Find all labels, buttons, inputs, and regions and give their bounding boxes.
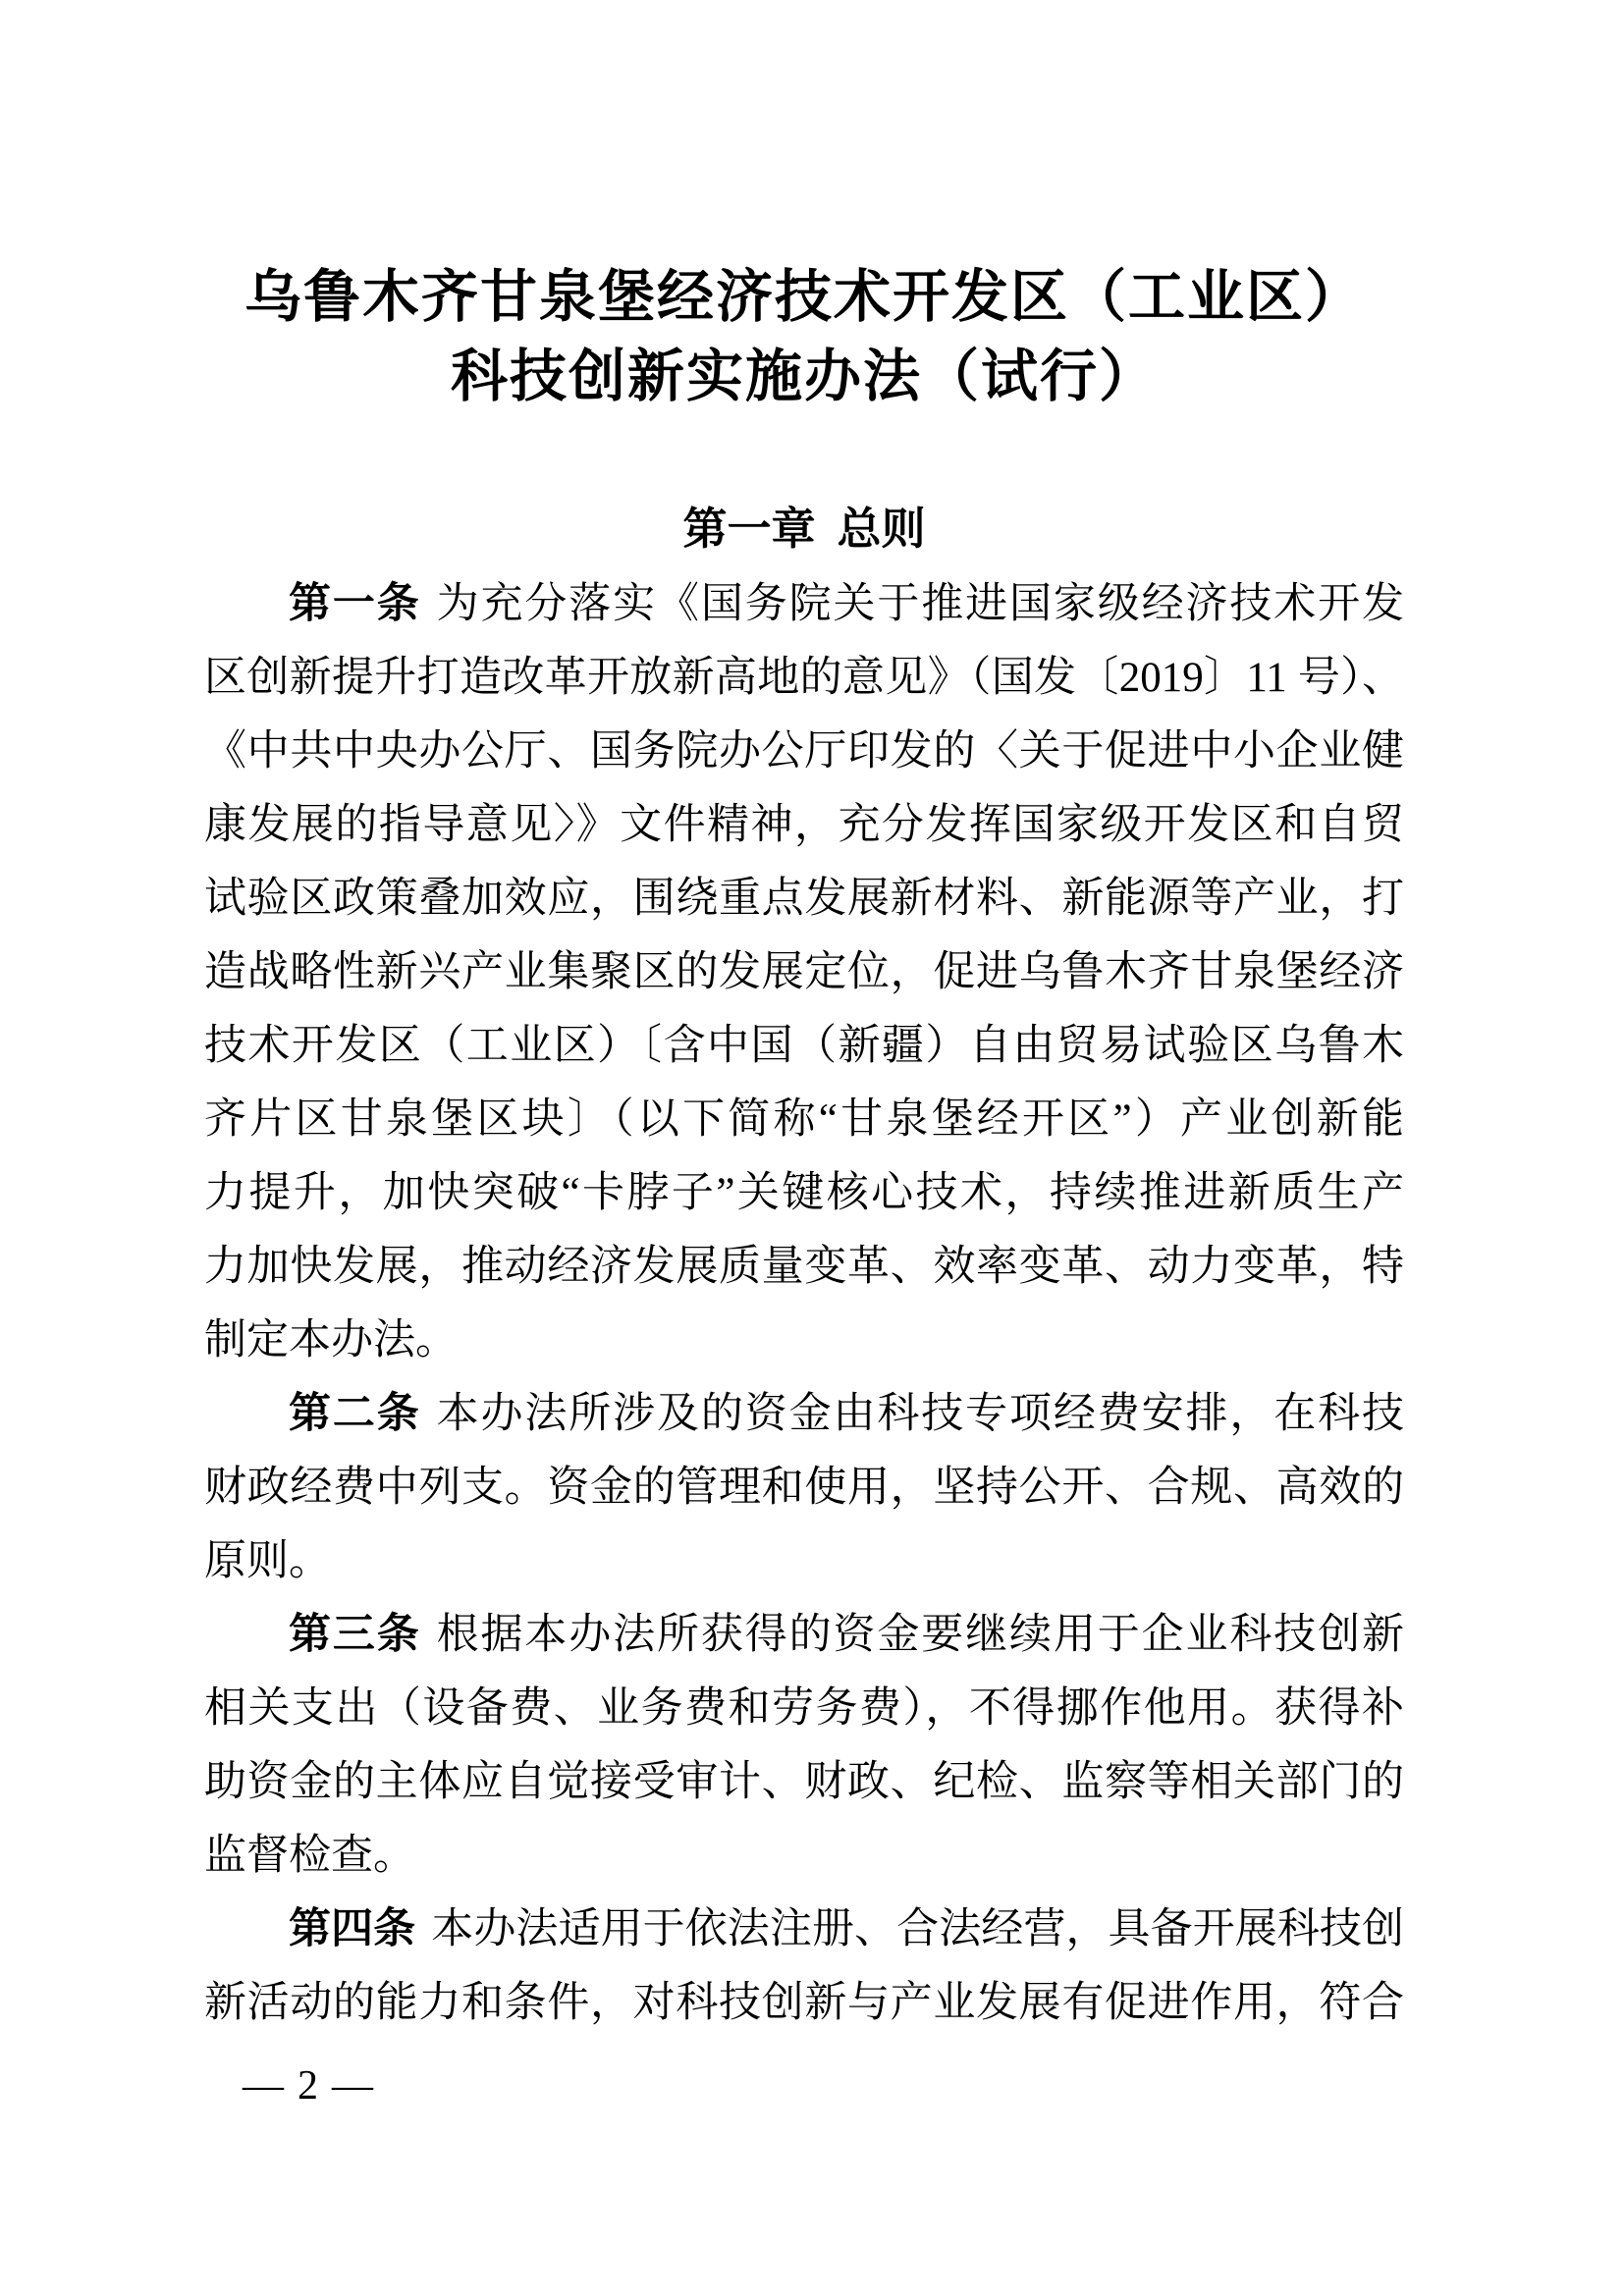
document-body: 第一条为充分落实《国务院关于推进国家级经济技术开发区创新提升打造改革开放新高地的… — [204, 567, 1404, 2040]
body-line-text: 助资金的主体应自觉接受审计、财政、纪检、监察等相关部门的 — [204, 1759, 1404, 1805]
article-paragraph: 第二条本办法所涉及的资金由科技专项经费安排，在科技财政经费中列支。资金的管理和使… — [204, 1377, 1404, 1598]
article-number-label: 第三条 — [289, 1611, 421, 1658]
footer-left-dash: — — [243, 2063, 284, 2109]
body-line: 制定本办法。 — [204, 1304, 1404, 1377]
body-line: 试验区政策叠加效应，围绕重点发展新材料、新能源等产业，打 — [204, 862, 1404, 935]
article-paragraph: 第三条根据本办法所获得的资金要继续用于企业科技创新相关支出（设备费、业务费和劳务… — [204, 1598, 1404, 1893]
body-line: 齐片区甘泉堡区块〕（以下简称“甘泉堡经开区”）产业创新能 — [204, 1083, 1404, 1156]
document-page: 乌鲁木齐甘泉堡经济技术开发区（工业区） 科技创新实施办法（试行） 第一章总则 第… — [0, 0, 1624, 2296]
body-line-text: 康发展的指导意见〉》文件精神，充分发挥国家级开发区和自贸 — [204, 802, 1404, 848]
body-line: 新活动的能力和条件，对科技创新与产业发展有促进作用，符合 — [204, 1966, 1404, 2040]
body-line: 造战略性新兴产业集聚区的发展定位，促进乌鲁木齐甘泉堡经济 — [204, 935, 1404, 1009]
body-line-text: 技术开发区（工业区）〔含中国（新疆）自由贸易试验区乌鲁木 — [204, 1023, 1404, 1069]
body-line-text: 监督检查。 — [204, 1833, 415, 1879]
article-paragraph: 第一条为充分落实《国务院关于推进国家级经济技术开发区创新提升打造改革开放新高地的… — [204, 567, 1404, 1377]
body-line: 助资金的主体应自觉接受审计、财政、纪检、监察等相关部门的 — [204, 1745, 1404, 1819]
article-number-label: 第二条 — [289, 1390, 421, 1437]
body-line: 《中共中央办公厅、国务院办公厅印发的〈关于促进中小企业健 — [204, 715, 1404, 788]
body-line-text: 力提升，加快突破“卡脖子”关键核心技术，持续推进新质生产 — [204, 1170, 1404, 1216]
body-line-text: 齐片区甘泉堡区块〕（以下简称“甘泉堡经开区”）产业创新能 — [204, 1096, 1404, 1143]
article-number-label: 第一条 — [289, 580, 421, 627]
chapter-heading: 第一章总则 — [204, 501, 1404, 558]
body-line: 监督检查。 — [204, 1819, 1404, 1893]
chapter-number: 第一章 — [682, 504, 815, 554]
body-line-text: 相关支出（设备费、业务费和劳务费），不得挪作他用。获得补 — [204, 1685, 1404, 1732]
body-line-text: 根据本办法所获得的资金要继续用于企业科技创新 — [437, 1612, 1404, 1658]
body-line: 技术开发区（工业区）〔含中国（新疆）自由贸易试验区乌鲁木 — [204, 1009, 1404, 1083]
body-line: 第三条根据本办法所获得的资金要继续用于企业科技创新 — [204, 1598, 1404, 1672]
body-line: 康发展的指导意见〉》文件精神，充分发挥国家级开发区和自贸 — [204, 788, 1404, 862]
body-line-text: 造战略性新兴产业集聚区的发展定位，促进乌鲁木齐甘泉堡经济 — [204, 949, 1404, 995]
document-title-line-1: 乌鲁木齐甘泉堡经济技术开发区（工业区） — [204, 257, 1404, 337]
body-line-text: 新活动的能力和条件，对科技创新与产业发展有促进作用，符合 — [204, 1980, 1404, 2026]
body-line: 原则。 — [204, 1524, 1404, 1598]
body-line: 第二条本办法所涉及的资金由科技专项经费安排，在科技 — [204, 1377, 1404, 1451]
body-line-text: 为充分落实《国务院关于推进国家级经济技术开发 — [437, 581, 1404, 627]
body-line: 相关支出（设备费、业务费和劳务费），不得挪作他用。获得补 — [204, 1672, 1404, 1745]
body-line: 第四条本办法适用于依法注册、合法经营，具备开展科技创 — [204, 1893, 1404, 1966]
body-line: 力加快发展，推动经济发展质量变革、效率变革、动力变革，特 — [204, 1230, 1404, 1304]
body-line-text: 力加快发展，推动经济发展质量变革、效率变革、动力变革，特 — [204, 1244, 1404, 1290]
footer-right-dash: — — [332, 2063, 373, 2109]
article-number-label: 第四条 — [289, 1905, 415, 1952]
body-line-text: 试验区政策叠加效应，围绕重点发展新材料、新能源等产业，打 — [204, 876, 1404, 922]
body-line-text: 财政经费中列支。资金的管理和使用，坚持公开、合规、高效的 — [204, 1465, 1404, 1511]
page-footer: —2— — [243, 2061, 373, 2110]
body-line-text: 原则。 — [204, 1538, 331, 1584]
body-line: 第一条为充分落实《国务院关于推进国家级经济技术开发 — [204, 567, 1404, 641]
document-title: 乌鲁木齐甘泉堡经济技术开发区（工业区） 科技创新实施办法（试行） — [204, 257, 1404, 416]
body-line: 力提升，加快突破“卡脖子”关键核心技术，持续推进新质生产 — [204, 1156, 1404, 1230]
body-line-text: 区创新提升打造改革开放新高地的意见》（国发〔2019〕11 号）、 — [204, 655, 1404, 701]
body-line: 区创新提升打造改革开放新高地的意见》（国发〔2019〕11 号）、 — [204, 641, 1404, 715]
page-number: 2 — [298, 2063, 318, 2109]
body-line-text: 本办法所涉及的资金由科技专项经费安排，在科技 — [437, 1391, 1404, 1437]
body-line-text: 《中共中央办公厅、国务院办公厅印发的〈关于促进中小企业健 — [204, 728, 1404, 774]
article-paragraph: 第四条本办法适用于依法注册、合法经营，具备开展科技创新活动的能力和条件，对科技创… — [204, 1893, 1404, 2040]
body-line: 财政经费中列支。资金的管理和使用，坚持公开、合规、高效的 — [204, 1451, 1404, 1524]
body-line-text: 本办法适用于依法注册、合法经营，具备开展科技创 — [431, 1906, 1404, 1952]
document-title-line-2: 科技创新实施办法（试行） — [204, 337, 1404, 416]
body-line-text: 制定本办法。 — [204, 1317, 458, 1363]
chapter-title: 总则 — [838, 504, 926, 554]
